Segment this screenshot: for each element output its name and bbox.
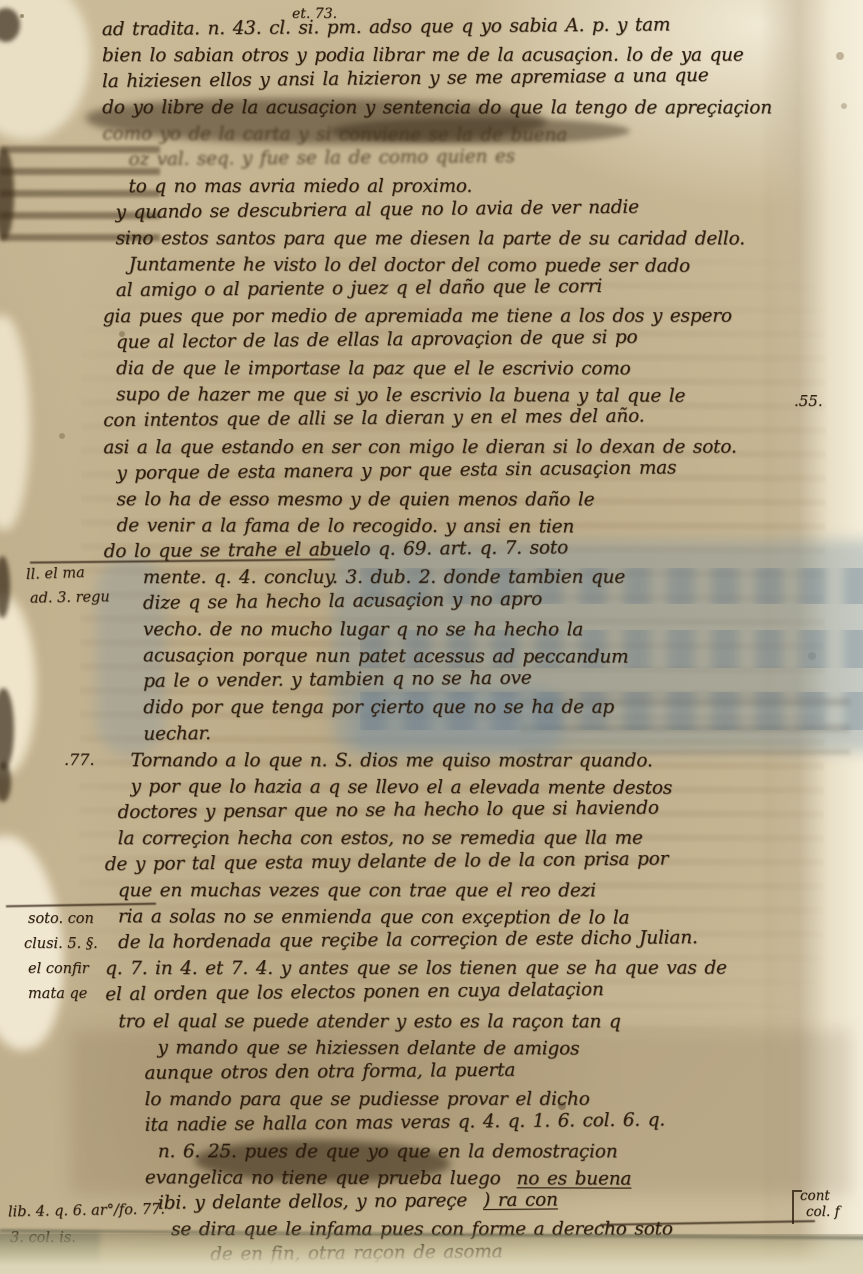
text-line: con intentos que de alli se la dieran y … [103, 402, 832, 434]
text-line-body: con intentos que de alli se la dieran y … [103, 406, 644, 432]
text-line-body: y quando se descubriera al que no lo avi… [115, 196, 639, 222]
text-line: de la hordenada que reçibe la correçion … [105, 924, 834, 956]
text-line: n. 6. 25. pues de que yo que en la demos… [106, 1139, 835, 1165]
text-line-body: ita nadie se halla con mas veras q. 4. q… [145, 1109, 666, 1135]
text-line-body: tro el qual se puede atender y esto es l… [118, 1011, 620, 1032]
margin-note-soto-1: soto. con [28, 911, 94, 927]
text-line-body: se lo ha de esso mesmo y de quien menos … [117, 489, 595, 510]
text-line-body: mente. q. 4. concluy. 3. dub. 2. donde t… [143, 567, 625, 588]
text-line-body: ibi. y delante dellos, y no pareçe [158, 1190, 467, 1214]
text-line-body: de venir a la fama de lo recogido. y ans… [117, 515, 575, 537]
text-line-body: vecho. de no mucho lugar q no se ha hech… [143, 619, 583, 640]
text-line-body: al amigo o al pariente o juez q el daño … [116, 276, 603, 301]
text-line-body: ad tradita. n. 43. cl. si. pm. adso que … [102, 14, 671, 40]
text-line-body: de la hordenada que reçibe la correçion … [118, 927, 698, 953]
text-line-body: do yo libre de la acusaçion y sentencia … [102, 97, 772, 118]
text-line-body: la hiziesen ellos y ansi la hizieron y s… [102, 65, 709, 92]
text-line: el al orden que los electos ponen en cuy… [105, 975, 834, 1008]
text-line-body: evangelica no tiene que prueba luego [145, 1167, 501, 1189]
handwritten-text-block: ad tradita. n. 43. cl. si. pm. adso que … [0, 0, 863, 1270]
text-line-body: Tornando a lo que n. S. dios me quiso mo… [130, 750, 652, 771]
brace-note-bottom: col. f [806, 1204, 840, 1220]
margin-note-soto-3: el confir [28, 961, 89, 977]
margin-note-citation-b: ad. 3. regu [30, 589, 110, 606]
margin-note-soto-2: clusi. 5. §. [24, 936, 98, 952]
text-line-body: el al orden que los electos ponen en cuy… [105, 980, 604, 1006]
text-line-body: la correçion hecha con estos, no se reme… [118, 828, 643, 849]
text-line: al amigo o al pariente o juez q el daño … [103, 272, 832, 304]
text-line-body: que al lector de las de ellas la aprovaç… [116, 327, 638, 353]
text-line-body: y porque de esta manera y por que esta s… [116, 457, 676, 484]
margin-note-citation-a: ll. el ma [26, 565, 85, 583]
text-line-body: doctores y pensar que no se ha hecho lo … [118, 797, 659, 823]
margin-note-77: .77. [64, 750, 95, 769]
text-line: que en muchas vezes que con trae que el … [105, 878, 834, 904]
text-line: doctores y pensar que no se ha hecho lo … [105, 794, 834, 826]
brace-note-top: cont [800, 1188, 830, 1204]
text-line-body: aunque otros den otra forma, la puerta [144, 1059, 515, 1083]
text-line-body: como yo de la carta y si conviene se la … [102, 124, 567, 146]
text-line-body: uechar. [143, 723, 211, 745]
text-line: ibi. y delante dellos, y no pareçe) ra c… [106, 1185, 835, 1217]
text-line: oz val. seq. y fue se la de como quien e… [102, 142, 831, 174]
text-line-body: oz val. seq. y fue se la de como quien e… [128, 146, 515, 170]
margin-note-55: .55. [794, 392, 823, 410]
bottom-margin-citation-1: lib. 4. q. 6. ar°/fo. 77. [8, 1202, 165, 1221]
text-line-body: de y por tal que esta muy delante de lo … [105, 848, 669, 875]
text-line: Tornando a lo que n. S. dios me quiso mo… [104, 748, 833, 774]
text-line-body: pa le o vender. y tambien q no se ha ove [143, 668, 532, 692]
text-line: pa le o vender. y tambien q no se ha ove [104, 663, 833, 695]
margin-note-soto-4: mata qe [28, 986, 87, 1002]
text-line: de en fin, otra raçon de asoma [106, 1236, 835, 1269]
text-line: se lo ha de esso mesmo y de quien menos … [104, 487, 833, 513]
text-line-body: de en fin, otra raçon de asoma [210, 1242, 502, 1266]
text-line-body: que en muchas vezes que con trae que el … [118, 880, 596, 901]
text-line-body: to q no mas avria miedo al proximo. [128, 175, 472, 196]
text-line-body: lo mando para que se pudiesse provar el … [145, 1089, 590, 1110]
text-line: dia de que le importase la paz que el le… [103, 356, 832, 382]
text-line-underlined-tail: ) ra con [483, 1190, 558, 1212]
text-line-body: y por que lo hazia a q se llevo el a ele… [131, 776, 673, 798]
text-line: vecho. de no mucho lugar q no se ha hech… [104, 617, 833, 643]
text-line: do yo libre de la acusaçion y sentencia … [102, 95, 831, 121]
text-line: tro el qual se puede atender y esto es l… [105, 1009, 834, 1035]
text-line-body: ria a solas no se enmienda que con exçep… [118, 906, 629, 928]
text-line-body: dia de que le importase la paz que el le… [116, 358, 630, 379]
text-line-body: sino estos santos para que me diesen la … [116, 228, 745, 249]
bottom-left-shadow [0, 1232, 100, 1274]
text-line: sino estos santos para que me diesen la … [103, 226, 832, 252]
manuscript-page: ad tradita. n. 43. cl. si. pm. adso que … [0, 0, 863, 1274]
superscript-insertion: et. 73. [292, 6, 337, 22]
text-line-body: dido por que tenga por çierto que no se … [143, 697, 614, 718]
text-line: ad tradita. n. 43. cl. si. pm. adso que … [102, 11, 831, 43]
text-line-body: y mando que se hiziessen delante de amig… [157, 1037, 579, 1059]
text-line: aunque otros den otra forma, la puerta [105, 1055, 834, 1087]
text-line-body: asi a la que estando en ser con migo le … [103, 436, 736, 458]
text-line-body: dize q se ha hecho la acusaçion y no apr… [143, 589, 542, 614]
text-line-body: do lo que se trahe el abuelo q. 69. art.… [104, 537, 568, 562]
text-line-body: n. 6. 25. pues de que yo que en la demos… [158, 1141, 618, 1162]
